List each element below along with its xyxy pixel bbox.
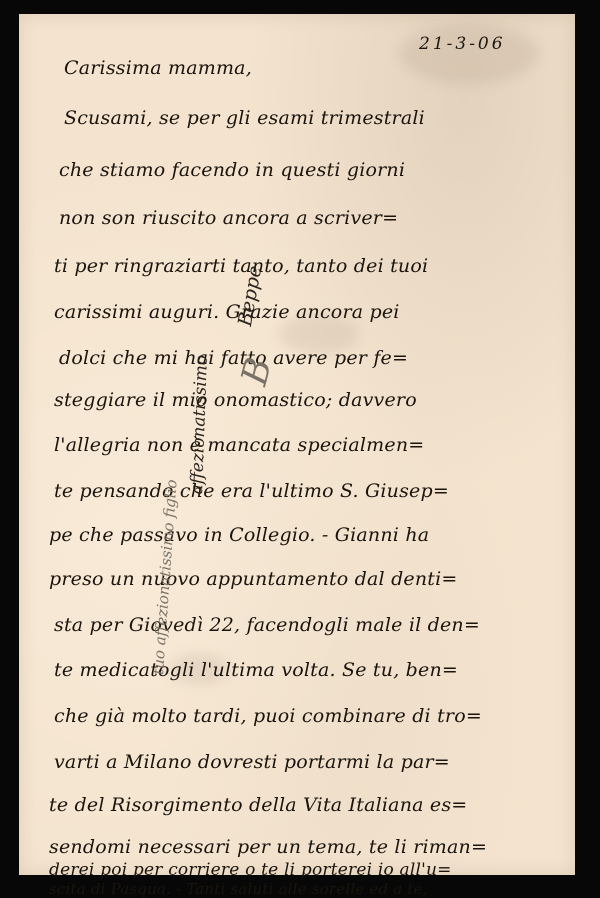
salutation: Carissima mamma, xyxy=(64,57,252,79)
letter-line: che stiamo facendo in questi giorni xyxy=(59,159,405,181)
letter-line: sta per Giovedì 22, facendogli male il d… xyxy=(54,614,480,636)
letter-line: carissimi auguri. Grazie ancora pei xyxy=(54,301,400,323)
letter-line: l'allegria non è mancata specialmen= xyxy=(54,434,424,456)
letter-line: ti per ringraziarti tanto, tanto dei tuo… xyxy=(54,255,428,277)
letter-line: preso un nuovo appuntamento dal denti= xyxy=(49,568,458,590)
letter-line: te pensando che era l'ultimo S. Giusep= xyxy=(54,480,449,502)
letter-line: varti a Milano dovresti portarmi la par= xyxy=(54,751,450,773)
letter-line: te del Risorgimento della Vita Italiana … xyxy=(49,794,467,816)
postcard: 21-3-06 Carissima mamma, Scusami, se per… xyxy=(19,14,575,875)
letter-line: scita di Pasqua. - Tanti saluti alle sor… xyxy=(49,880,428,898)
letter-line: che già molto tardi, puoi combinare di t… xyxy=(54,705,482,727)
letter-line: non son riuscito ancora a scriver= xyxy=(59,207,398,229)
letter-line: te medicatogli l'ultima volta. Se tu, be… xyxy=(54,659,458,681)
letter-line: sendomi necessari per un tema, te li rim… xyxy=(49,836,487,858)
letter-line: steggiare il mio onomastico; davvero xyxy=(54,389,417,411)
paper-stain xyxy=(399,24,539,84)
letter-line: Scusami, se per gli esami trimestrali xyxy=(64,107,425,129)
letter-line: derei poi per corriere o te li porterei … xyxy=(49,860,452,880)
letter-date: 21-3-06 xyxy=(419,34,506,54)
letter-line: pe che passavo in Collegio. - Gianni ha xyxy=(49,524,429,546)
letter-line: dolci che mi hai fatto avere per fe= xyxy=(59,347,408,369)
margin-note-affezionatissimo: affezionatissimo xyxy=(187,355,212,495)
scan-background: 21-3-06 Carissima mamma, Scusami, se per… xyxy=(0,0,600,898)
